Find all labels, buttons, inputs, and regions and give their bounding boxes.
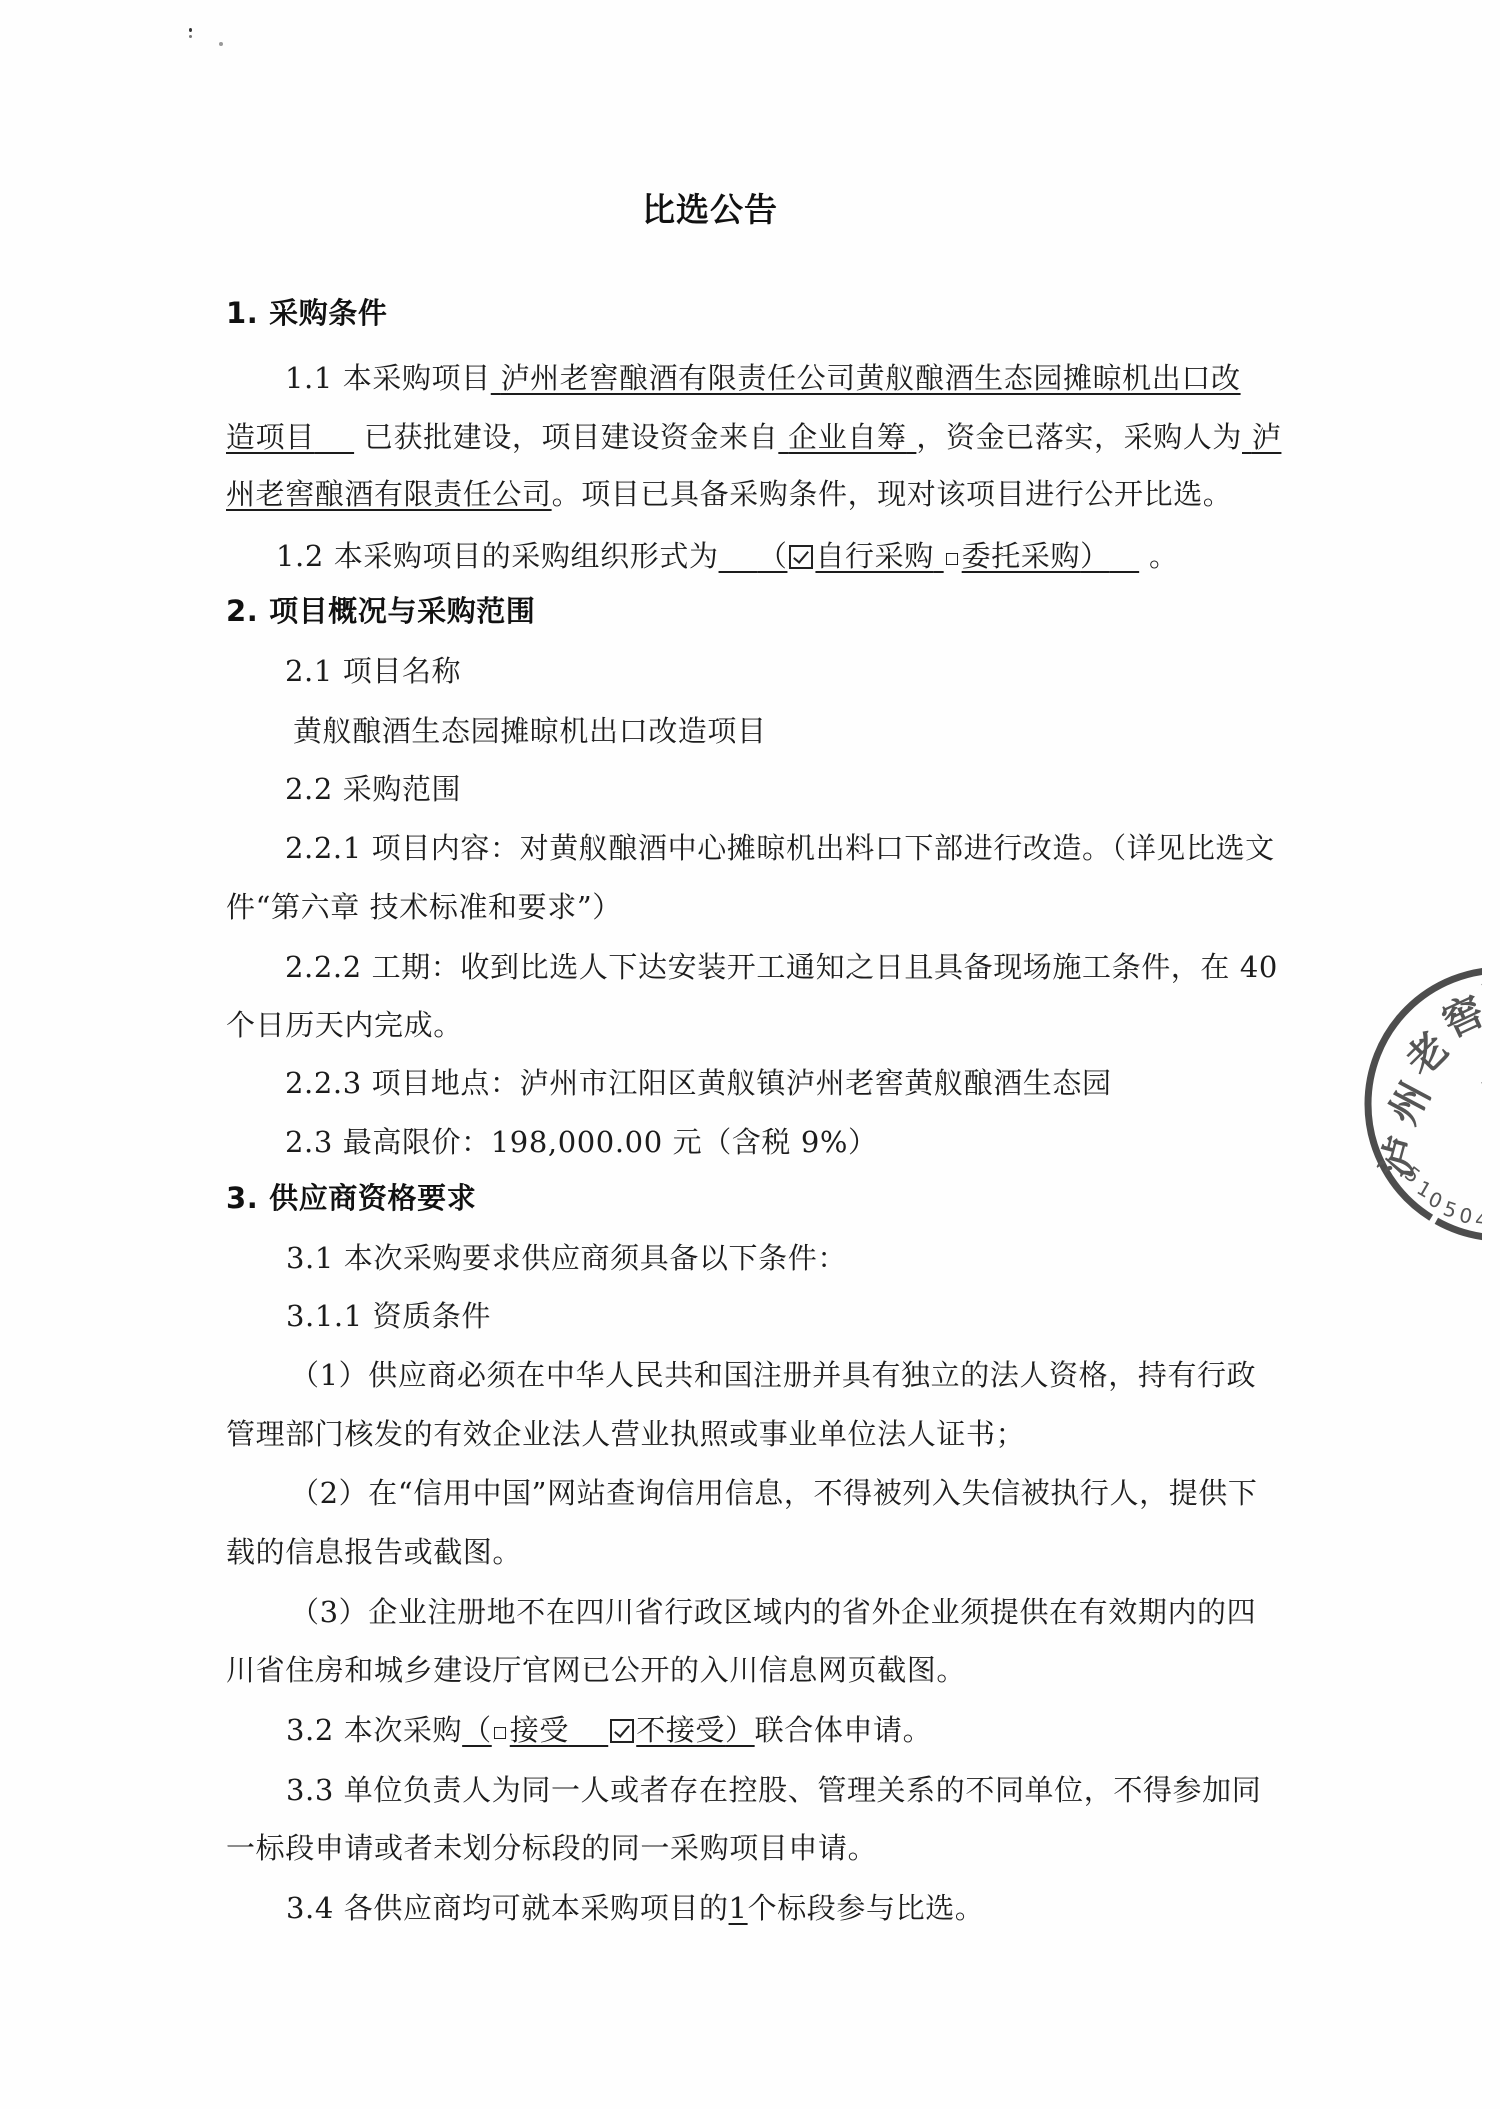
item-2-2-1-line-2: 件“第六章 技术标准和要求”） <box>226 887 622 927</box>
company-seal-stamp: 泸 州 老 窖 酿 5 1 0 5 0 4 5 <box>1363 965 1482 1243</box>
paragraph-1-1-line-2: 造项目 已获批建设，项目建设资金来自 企业自筹 ，资金已落实，采购人为 泸 <box>226 417 1281 457</box>
item-3-4: 3.4 各供应商均可就本采购项目的1个标段参与比选。 <box>286 1888 984 1928</box>
requirement-1-line-2: 管理部门核发的有效企业法人营业执照或事业单位法人证书； <box>226 1414 1025 1454</box>
text: 已获批建设，项目建设资金来自 <box>364 420 778 454</box>
project-name-field-cont: 造项目 <box>226 420 354 454</box>
requirement-1-line-1: （1）供应商必须在中华人民共和国注册并具有独立的法人资格，持有行政 <box>290 1355 1256 1395</box>
item-2-2-2-line-2: 个日历天内完成。 <box>226 1005 463 1045</box>
project-name-field: 泸州老窖酿酒有限责任公司黄舣酿酒生态园摊晾机出口改 <box>491 361 1241 395</box>
scan-speck <box>189 28 192 32</box>
text: ，资金已落实，采购人为 <box>916 420 1242 454</box>
paragraph-1-2: 1.2 本采购项目的采购组织形式为 （自行采购 委托采购） 。 <box>276 536 1179 576</box>
text: 1.2 本采购项目的采购组织形式为 <box>276 539 719 573</box>
item-3-1: 3.1 本次采购要求供应商须具备以下条件： <box>286 1238 847 1278</box>
text: 联合体申请。 <box>755 1713 933 1747</box>
requirement-3-line-2: 川省住房和城乡建设厅官网已公开的入川信息网页截图。 <box>226 1650 966 1690</box>
text: 个标段参与比选。 <box>748 1891 985 1925</box>
section-count-field: 1 <box>729 1891 748 1925</box>
requirement-2-line-1: （2）在“信用中国”网站查询信用信息，不得被列入失信被执行人，提供下 <box>290 1473 1258 1513</box>
checkbox-accept-unchecked[interactable] <box>494 1727 506 1739</box>
item-2-2-1-line-1: 2.2.1 项目内容：对黄舣酿酒中心摊晾机出料口下部进行改造。（详见比选文 <box>285 828 1275 868</box>
svg-text:0: 0 <box>1457 1203 1474 1229</box>
text: 。项目已具备采购条件，现对该项目进行公开比选。 <box>552 477 1233 511</box>
svg-text:1: 1 <box>1413 1176 1436 1203</box>
section-heading-1: 1. 采购条件 <box>226 293 388 333</box>
funding-source-field: 企业自筹 <box>778 420 916 454</box>
consortium-option-field: （接受 不接受） <box>462 1713 755 1747</box>
svg-text:酿: 酿 <box>1480 974 1482 1025</box>
checkbox-self-procurement-checked[interactable] <box>789 545 813 569</box>
svg-text:窖: 窖 <box>1436 988 1482 1047</box>
item-3-2: 3.2 本次采购（接受 不接受）联合体申请。 <box>286 1710 932 1750</box>
paragraph-1-1-line-1: 1.1 本采购项目 泸州老窖酿酒有限责任公司黄舣酿酒生态园摊晾机出口改 <box>285 358 1241 398</box>
scan-speck <box>189 35 192 38</box>
project-name-value: 黄舣酿酒生态园摊晾机出口改造项目 <box>293 711 767 751</box>
section-heading-2: 2. 项目概况与采购范围 <box>226 591 536 631</box>
item-2-1-label: 2.1 项目名称 <box>285 651 461 691</box>
purchaser-field-cont: 州老窖酿酒有限责任公司 <box>226 477 552 511</box>
organization-form-field: （自行采购 委托采购） <box>719 539 1140 573</box>
item-3-3-line-2: 一标段申请或者未划分标段的同一采购项目申请。 <box>226 1828 877 1868</box>
item-2-3-max-price: 2.3 最高限价：198,000.00 元（含税 9%） <box>285 1122 878 1162</box>
svg-text:老: 老 <box>1397 1024 1458 1085</box>
text: 1.1 本采购项目 <box>285 361 491 395</box>
text: 3.2 本次采购 <box>286 1713 462 1747</box>
purchaser-field: 泸 <box>1242 420 1281 454</box>
svg-text:0: 0 <box>1425 1187 1446 1214</box>
document-page: 比选公告 1. 采购条件 1.1 本采购项目 泸州老窖酿酒有限责任公司黄舣酿酒生… <box>0 0 1500 2109</box>
requirement-2-line-2: 载的信息报告或截图。 <box>226 1532 522 1572</box>
svg-text:州: 州 <box>1380 1075 1439 1132</box>
svg-text:4: 4 <box>1474 1207 1482 1232</box>
svg-text:泸: 泸 <box>1373 1132 1428 1183</box>
requirement-3-line-1: （3）企业注册地不在四川省行政区域内的省外企业须提供在有效期内的四 <box>290 1592 1256 1632</box>
item-2-2-3: 2.2.3 项目地点：泸州市江阳区黄舣镇泸州老窖黄舣酿酒生态园 <box>285 1063 1112 1103</box>
checkbox-entrusted-procurement-unchecked[interactable] <box>946 553 958 565</box>
item-2-2-2-line-1: 2.2.2 工期：收到比选人下达安装开工通知之日且具备现场施工条件，在 40 <box>285 947 1278 987</box>
item-2-2-label: 2.2 采购范围 <box>285 769 461 809</box>
svg-text:5: 5 <box>1400 1161 1425 1188</box>
svg-text:5: 5 <box>1440 1196 1460 1223</box>
checkbox-not-accept-checked[interactable] <box>610 1719 634 1743</box>
section-heading-3: 3. 供应商资格要求 <box>226 1178 476 1218</box>
item-3-3-line-1: 3.3 单位负责人为同一人或者存在控股、管理关系的不同单位，不得参加同 <box>286 1770 1261 1810</box>
page-title: 比选公告 <box>0 190 1420 230</box>
scan-speck <box>219 42 223 46</box>
item-3-1-1: 3.1.1 资质条件 <box>286 1296 491 1336</box>
paragraph-1-1-line-3: 州老窖酿酒有限责任公司。项目已具备采购条件，现对该项目进行公开比选。 <box>226 474 1232 514</box>
text: 3.4 各供应商均可就本采购项目的 <box>286 1891 729 1925</box>
